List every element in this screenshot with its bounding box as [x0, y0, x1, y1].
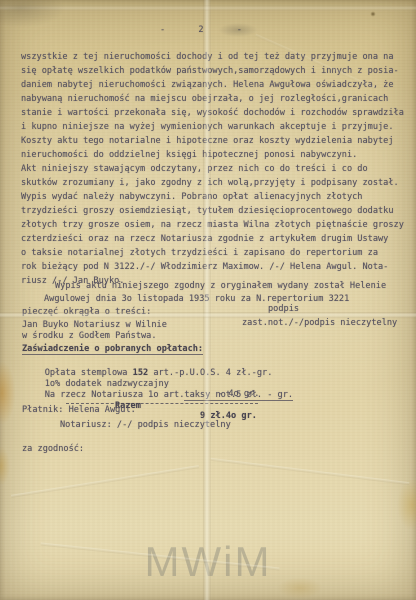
- text-line: Koszty aktu tego notarialne i hipoteczne…: [21, 134, 405, 148]
- text-line: czterdzieści oraz na rzecz Notariusza zg…: [21, 232, 405, 246]
- copy-note-line: Wypis aktu niniejszego zgodny z oryginał…: [55, 281, 386, 291]
- payer-line: Płatnik: Helena Awgul.: [22, 405, 136, 415]
- fee-total-line: Razem 9 zł.4o gr.: [66, 391, 258, 404]
- text-line: nieruchomości do oddzielnej księgi hipot…: [21, 148, 405, 162]
- copy-note-line: Awgulowej dnia 3o listopada 1935 roku za…: [44, 294, 349, 304]
- text-line: rok bieżący pod N 3122./-/ Włodzimierz M…: [21, 260, 405, 274]
- signature-note: zast.not./-/podpis nieczytelny: [242, 318, 397, 328]
- page-number: - 2 -: [160, 25, 256, 35]
- crease-diagonal: [41, 542, 280, 570]
- text-line: o taksie notarialnej złotych trzydzieści…: [21, 246, 405, 260]
- fees-heading: Zaświadczenie o pobranych opłatach:: [22, 344, 203, 355]
- text-line: daniem nabytej nieruchomości związanych.…: [21, 78, 405, 92]
- seal-note-line: pieczęć okrągła o treści:: [22, 307, 151, 317]
- text-line: wszystkie z tej nieruchomości dochody i …: [21, 50, 405, 64]
- body-text: wszystkie z tej nieruchomości dochody i …: [21, 50, 405, 288]
- crease-diagonal: [11, 465, 199, 498]
- seal-note-line: w środku z Godłem Państwa.: [22, 331, 157, 341]
- text-line: Wypis wydać należy nabywczyni. Pobrano o…: [21, 190, 405, 204]
- text-line: stanie i wartości przekonała się, wysoko…: [21, 106, 405, 120]
- text-line: się opłatę wszelkich podatków państwowyc…: [21, 64, 405, 78]
- document-scan: - 2 - wszystkie z tej nieruchomości doch…: [0, 0, 416, 600]
- text-line: nabywaną nieruchomość na miejscu obejrza…: [21, 92, 405, 106]
- notary-signature-line: Notariusz: /-/ podpis nieczytelny: [60, 420, 231, 430]
- signature-label: podpis: [268, 304, 299, 314]
- certification-line: za zgodność:: [22, 444, 84, 454]
- text-line: złotych trzy grosze osiem, na rzecz mias…: [21, 218, 405, 232]
- crease-top: [0, 5, 416, 11]
- text-line: trzydzieści groszy osiemdziesiąt, tytułe…: [21, 204, 405, 218]
- crease-diagonal: [211, 458, 410, 485]
- seal-note-line: Jan Buyko Notariusz w Wilnie: [22, 320, 167, 330]
- text-line: Akt niniejszy stawającym odczytany, prze…: [21, 162, 405, 176]
- text-line: i kupno niniejsze na wyżej wymienionych …: [21, 120, 405, 134]
- watermark: MWiM: [0, 538, 416, 586]
- text-line: skutków zrozumiany i, jako zgodny z ich …: [21, 176, 405, 190]
